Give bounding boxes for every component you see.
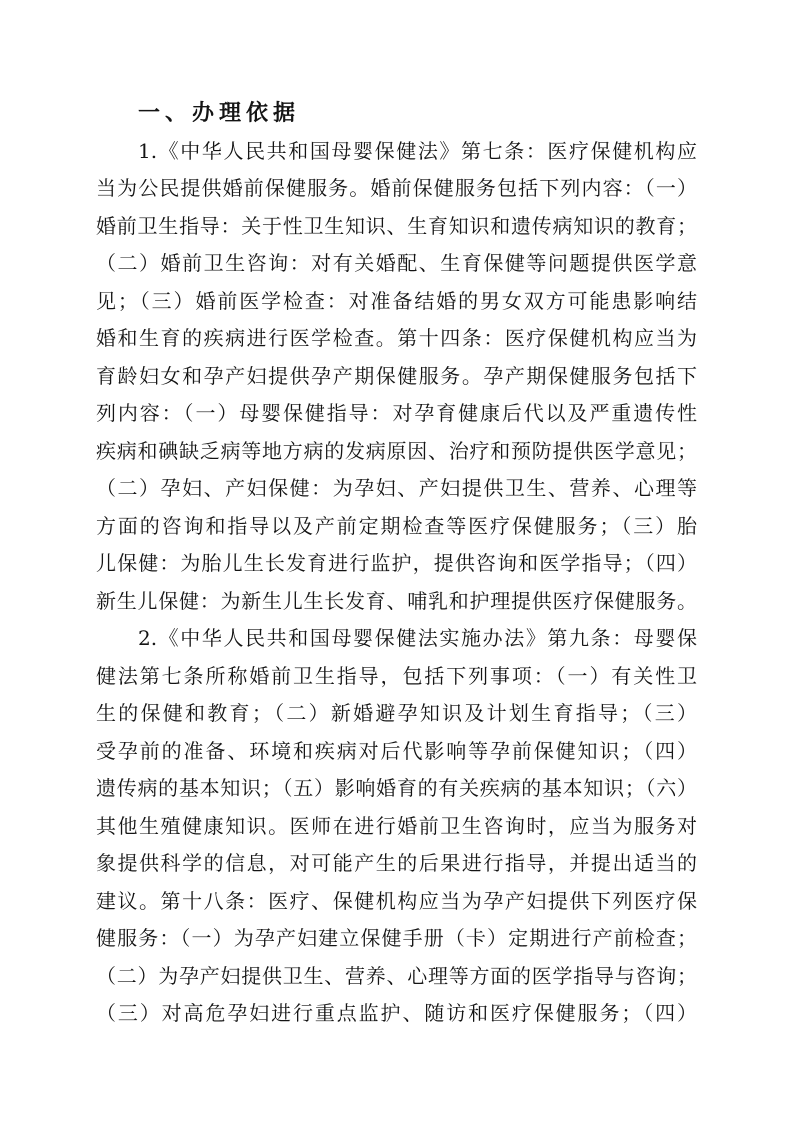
document-page: 一、办理依据 1.《中华人民共和国母婴保健法》第七条：医疗保健机构应当为公民提供… — [0, 0, 793, 1122]
text-line: 生的保健和教育；（二）新婚避孕知识及计划生育指导；（三） — [96, 695, 697, 733]
text-line: 其他生殖健康知识。医师在进行婚前卫生咨询时，应当为服务对 — [96, 808, 697, 846]
text-line: （三）对高危孕妇进行重点监护、随访和医疗保健服务；（四） — [96, 995, 697, 1033]
text-line: 建议。第十八条：医疗、保健机构应当为孕产妇提供下列医疗保 — [96, 883, 697, 921]
text-line: 新生儿保健：为新生儿生长发育、哺乳和护理提供医疗保健服务。 — [96, 583, 697, 621]
text-line: 受孕前的准备、环境和疾病对后代影响等孕前保健知识；（四） — [96, 733, 697, 771]
paragraph: 1.《中华人民共和国母婴保健法》第七条：医疗保健机构应当为公民提供婚前保健服务。… — [96, 133, 697, 621]
text-line: 象提供科学的信息，对可能产生的后果进行指导，并提出适当的 — [96, 845, 697, 883]
text-line: 婚和生育的疾病进行医学检查。第十四条：医疗保健机构应当为 — [96, 320, 697, 358]
text-line: 婚前卫生指导：关于性卫生知识、生育知识和遗传病知识的教育； — [96, 208, 697, 246]
text-line: 儿保健：为胎儿生长发育进行监护，提供咨询和医学指导；（四） — [96, 545, 697, 583]
text-line: （二）婚前卫生咨询：对有关婚配、生育保健等问题提供医学意 — [96, 245, 697, 283]
text-line: 当为公民提供婚前保健服务。婚前保健服务包括下列内容：（一） — [96, 170, 697, 208]
text-line: 方面的咨询和指导以及产前定期检查等医疗保健服务；（三）胎 — [96, 508, 697, 546]
text-line: 疾病和碘缺乏病等地方病的发病原因、治疗和预防提供医学意见； — [96, 433, 697, 471]
text-line: 见；（三）婚前医学检查：对准备结婚的男女双方可能患影响结 — [96, 283, 697, 321]
section-heading: 一、办理依据 — [96, 95, 697, 133]
text-line: 列内容：（一）母婴保健指导：对孕育健康后代以及严重遗传性 — [96, 395, 697, 433]
text-line: 1.《中华人民共和国母婴保健法》第七条：医疗保健机构应 — [96, 133, 697, 171]
text-line: 健服务：（一）为孕产妇建立保健手册（卡）定期进行产前检查； — [96, 920, 697, 958]
text-line: （二）孕妇、产妇保健：为孕妇、产妇提供卫生、营养、心理等 — [96, 470, 697, 508]
text-line: （二）为孕产妇提供卫生、营养、心理等方面的医学指导与咨询； — [96, 958, 697, 996]
text-line: 遗传病的基本知识；（五）影响婚育的有关疾病的基本知识；（六） — [96, 770, 697, 808]
text-line: 2.《中华人民共和国母婴保健法实施办法》第九条：母婴保 — [96, 620, 697, 658]
paragraph: 2.《中华人民共和国母婴保健法实施办法》第九条：母婴保健法第七条所称婚前卫生指导… — [96, 620, 697, 1033]
text-line: 健法第七条所称婚前卫生指导，包括下列事项：（一）有关性卫 — [96, 658, 697, 696]
document-content: 一、办理依据 1.《中华人民共和国母婴保健法》第七条：医疗保健机构应当为公民提供… — [96, 95, 697, 1033]
text-line: 育龄妇女和孕产妇提供孕产期保健服务。孕产期保健服务包括下 — [96, 358, 697, 396]
document-body: 1.《中华人民共和国母婴保健法》第七条：医疗保健机构应当为公民提供婚前保健服务。… — [96, 133, 697, 1033]
